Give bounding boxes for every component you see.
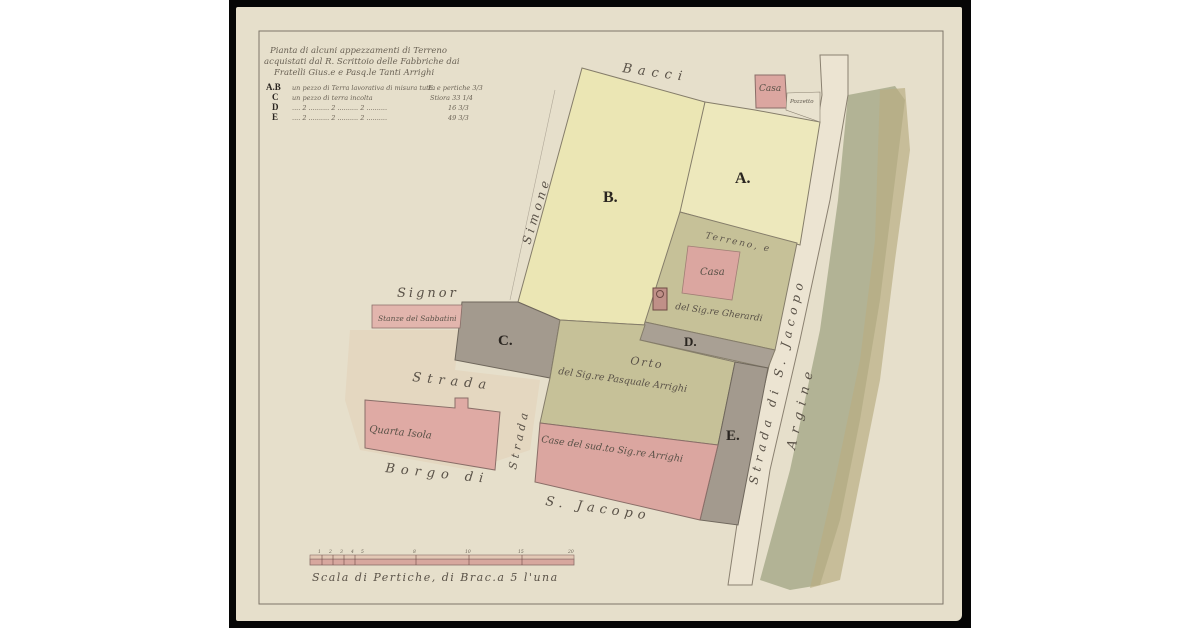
legend-dots-d: .... 2 .......... 2 .......... 2 .......…: [292, 104, 387, 112]
historical-map: Pianta di alcuni appezzamenti di Terreno…: [0, 0, 1200, 628]
title-line-3: Fratelli Gius.e e Pasq.le Tanti Arrighi: [273, 68, 434, 78]
scale-tick-4: 4: [350, 549, 354, 555]
legend-key-c: C: [272, 92, 279, 102]
title-line-1: Pianta di alcuni appezzamenti di Terreno: [269, 46, 447, 56]
label-parcel-a: A.: [735, 170, 751, 187]
legend-measure-d: 16 3/3: [448, 104, 469, 112]
scale-caption: Scala di Pertiche, di Brac.a 5 l'una: [312, 571, 559, 584]
scale-bar: 1 2 3 4 5 8 10 15 20 Scala di Pertiche, …: [310, 549, 574, 584]
legend-key-ab: A.B: [266, 82, 281, 92]
legend-measure-c: Stiora 33 1/4: [430, 94, 473, 102]
title-line-2: acquistati dal R. Scrittoio delle Fabbri…: [264, 57, 460, 67]
scale-tick-2: 2: [328, 549, 332, 555]
scale-tick-5: 5: [361, 549, 364, 555]
label-parcel-d: D.: [684, 334, 697, 349]
label-pozzetto: Pozzetto: [789, 99, 814, 105]
scale-tick-3: 3: [340, 549, 343, 555]
label-casa-top: Casa: [759, 84, 781, 94]
legend-dots-e: .... 2 .......... 2 .......... 2 .......…: [292, 114, 387, 122]
legend-measure-ab: E. e pertiche 3/3: [427, 84, 483, 92]
image-viewer: Pianta di alcuni appezzamenti di Terreno…: [0, 0, 1200, 628]
label-signor: Signor: [397, 286, 459, 301]
legend-key-e: E: [272, 112, 278, 122]
label-parcel-b: B.: [603, 189, 618, 206]
legend-measure-e: 49 3/3: [447, 114, 469, 122]
label-parcel-c: C.: [498, 333, 513, 349]
map-legend: Pianta di alcuni appezzamenti di Terreno…: [264, 46, 483, 122]
legend-desc-ab: un pezzo di Terra lavorativa di misura t…: [292, 84, 435, 92]
label-parcel-e: E.: [726, 428, 740, 444]
scale-tick-8: 8: [413, 549, 416, 555]
legend-key-d: D: [272, 102, 279, 112]
scale-tick-1: 1: [318, 549, 321, 555]
legend-desc-c: un pezzo di terra incolta: [292, 94, 373, 102]
label-stanze: Stanze del Sabbatini: [378, 314, 457, 323]
well-icon: [653, 288, 667, 310]
scale-tick-10: 10: [465, 549, 471, 555]
label-casa-center: Casa: [700, 267, 725, 278]
scale-tick-20: 20: [567, 549, 574, 555]
scale-tick-15: 15: [518, 549, 524, 555]
